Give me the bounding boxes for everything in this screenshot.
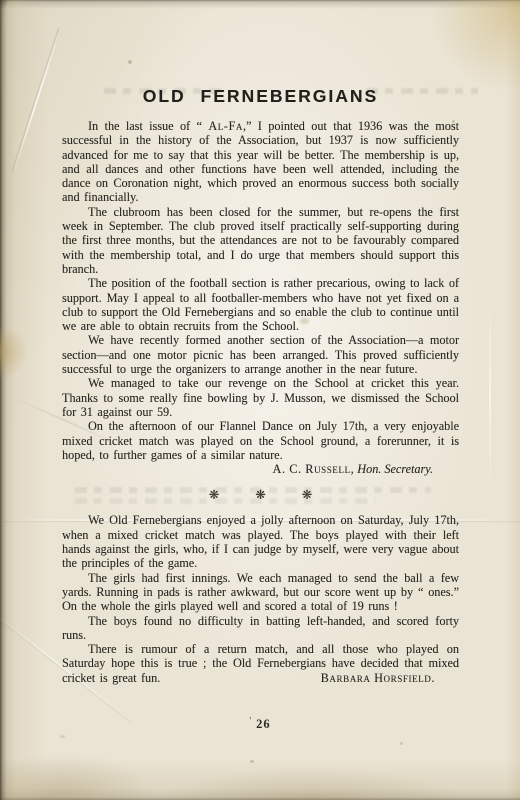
section-divider: ❋❋❋ <box>62 488 459 502</box>
paragraph: The girls had first innings. We each man… <box>62 571 459 614</box>
page-number: '26 <box>0 717 520 732</box>
floral-ornament-icon: ❋ <box>302 487 312 502</box>
stain-blob <box>400 742 403 745</box>
paragraph: The boys found no difficulty in batting … <box>62 614 459 643</box>
paragraph: The position of the football section is … <box>62 276 459 333</box>
signature-name: Barbara Horsfield. <box>321 671 435 685</box>
stain-blob <box>250 760 254 763</box>
stain-blob <box>60 735 65 738</box>
pen-tick-mark: ' <box>249 716 252 727</box>
signature-line: A. C. Russell, Hon. Secretary. <box>62 462 459 476</box>
signature-name: A. C. Russell, <box>273 462 355 476</box>
paragraph: On the afternoon of our Flannel Dance on… <box>62 419 459 462</box>
paragraph: The clubroom has been closed for the sum… <box>62 205 459 276</box>
floral-ornament-icon: ❋ <box>209 487 219 502</box>
paragraph: In the last issue of “ Al-Fa,” I pointed… <box>62 119 459 205</box>
paragraph-text: In the last issue of “ <box>88 119 208 133</box>
paragraph: We Old Fernebergians enjoyed a jolly aft… <box>62 513 459 570</box>
stain-blob <box>128 60 132 64</box>
text-column: OLD FERNEBERGIANS In the last issue of “… <box>62 86 459 685</box>
crease-line <box>489 295 491 495</box>
article-secretary-report: In the last issue of “ Al-Fa,” I pointed… <box>62 119 459 476</box>
floral-ornament-icon: ❋ <box>255 487 265 502</box>
crease-line <box>13 28 61 171</box>
signature-role: Hon. Secretary. <box>357 462 433 476</box>
scanned-magazine-page: OLD FERNEBERGIANS In the last issue of “… <box>0 0 520 800</box>
magazine-name: Al-Fa <box>208 119 243 133</box>
article-mixed-cricket: We Old Fernebergians enjoyed a jolly aft… <box>62 513 459 685</box>
paragraph: We have recently formed another section … <box>62 333 459 376</box>
page-number-value: 26 <box>256 717 271 731</box>
page-title: OLD FERNEBERGIANS <box>62 86 459 106</box>
paragraph: We managed to take our revenge on the Sc… <box>62 376 459 419</box>
